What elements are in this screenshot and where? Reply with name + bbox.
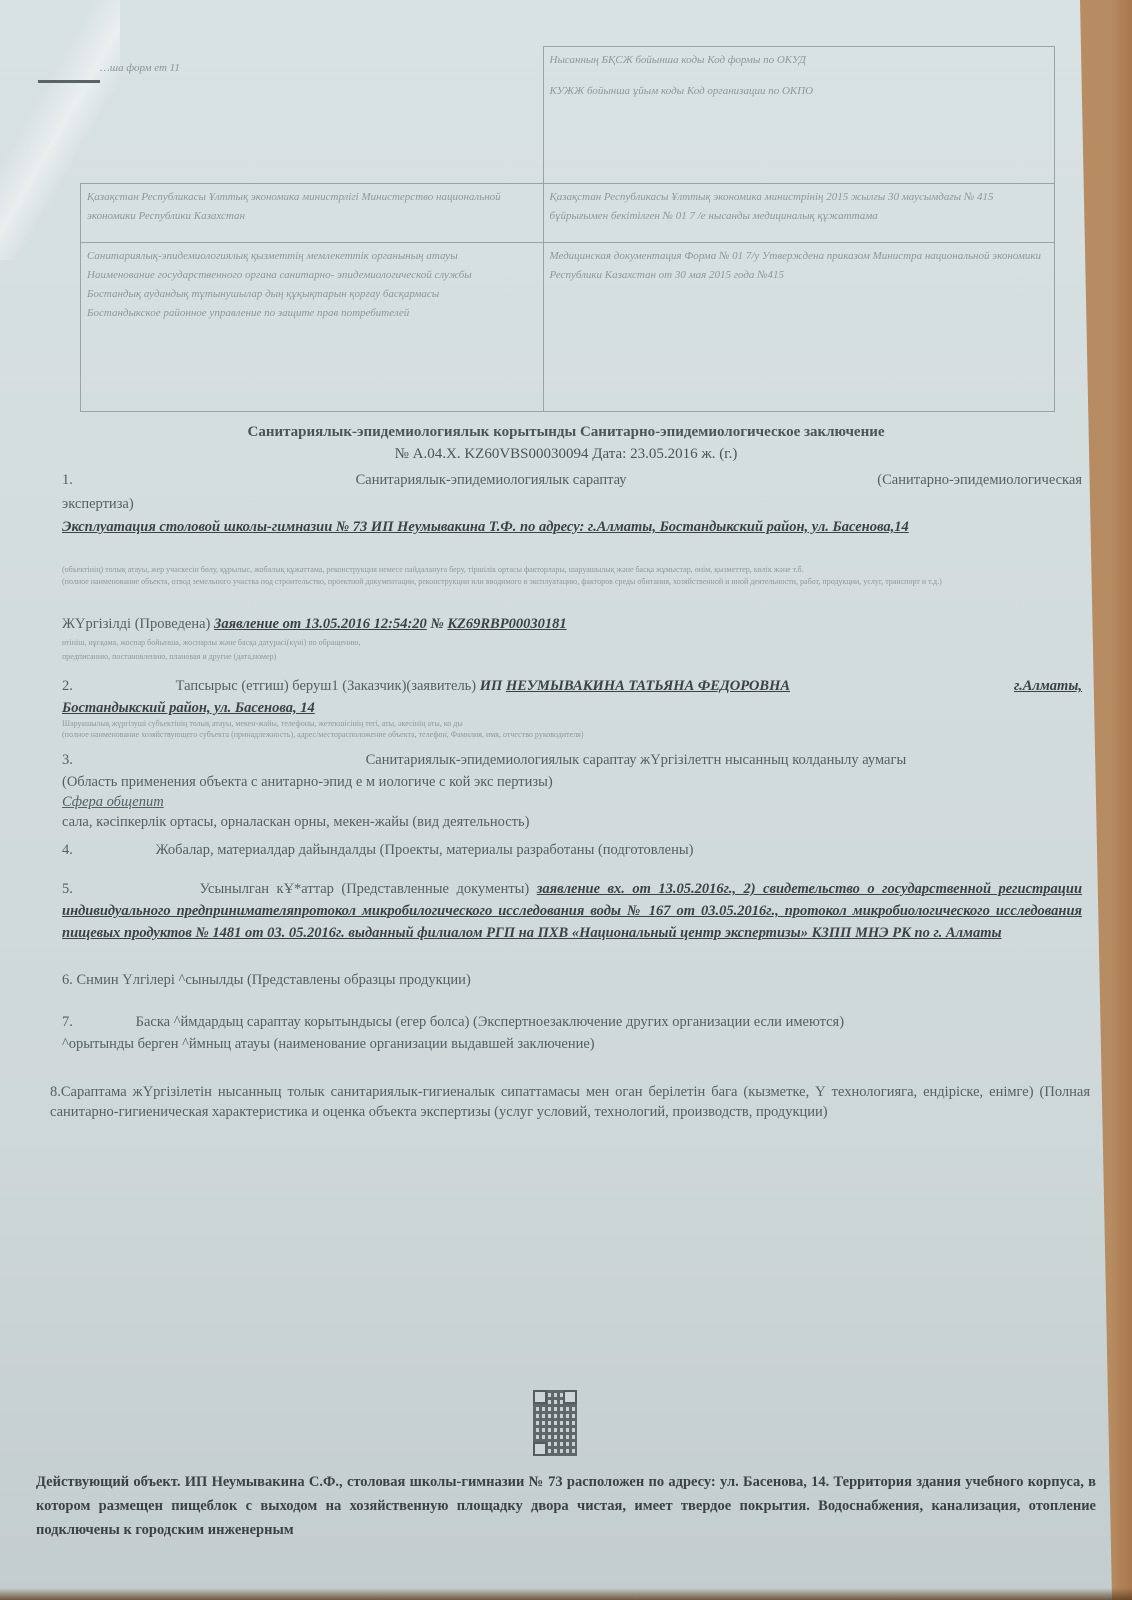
item-3-hint: сала, кәсіпкерлік ортасы, орналаскан орн… [62, 812, 529, 832]
item-6: 6. Снмин Үлгілері ^сынылды (Представлены… [62, 970, 471, 990]
item-4: 4. Жобалар, материалдар дайындалды (Прое… [62, 840, 693, 860]
item-number: 7. [62, 1012, 92, 1032]
item-7: 7. Баска ^ймдардыц сараптау корытындысы … [62, 1012, 1082, 1032]
page-edge-shadow [0, 1588, 1132, 1600]
item-3-label: Санитариялык-эпидемиологиялык сараптау ж… [366, 752, 907, 768]
authority-line: Бостандыкское районное управление по защ… [87, 304, 537, 323]
item-1-hint-kz: (объектінің) толық атауы, жер учаскесін … [62, 564, 1082, 575]
ministry-cell: Қазақстан Республикасы Ұлттық экономика … [81, 184, 544, 243]
item-5-label: Усынылган кҰ*аттар (Представленные докум… [199, 881, 529, 897]
application-date: Заявление от 13.05.2016 12:54:20 [214, 616, 427, 632]
item-7-label: Баска ^ймдардыц сараптау корытындысы (ег… [136, 1014, 844, 1030]
item-1-label: Санитариялык-эпидемиологиялык сараптау [356, 472, 627, 488]
item-4-label: Жобалар, материалдар дайындалды (Проекты… [156, 842, 694, 858]
okpo-code-label: КУЖЖ бойынша ұйым коды Код организации п… [550, 82, 1049, 101]
customer-address: Бостандыкский район, ул. Басенова, 14 [62, 698, 315, 718]
authority-line: Наименование государственного органа сан… [87, 266, 537, 285]
item-number: 3. [62, 750, 92, 770]
item-number: 5. [62, 878, 92, 900]
conducted-label: ЖҮргізілді (Проведена) [62, 616, 210, 632]
item-1-header: 1. Санитариялык-эпидемиологиялык сарапта… [62, 470, 1082, 490]
item-1-hint-ru: (полное наименование объекта, отвод земе… [62, 576, 1082, 587]
item-8: 8.Сараптама жҮргізілетін нысанныц толык … [50, 1082, 1090, 1122]
conducted-hint-ru: предписанию, постановлению, плановая и д… [62, 651, 276, 662]
customer-name: НЕУМЫВАКИНА ТАТЬЯНА ФЕДОРОВНА [506, 678, 790, 694]
authority-cell: Санитариялық-эпидемиологиялық қызметтің … [81, 243, 544, 412]
document-page: …ша форм ет 11 Нысанның БҚСЖ бойынша код… [0, 0, 1112, 1600]
item-2-label: Тапсырыс (етгиш) беруш1 (Заказчик)(заяви… [176, 678, 477, 694]
document-title: Санитариялык-эпидемиологиялык корытынды … [0, 424, 1132, 441]
item-5: 5. Усынылган кҰ*аттар (Представленные до… [62, 878, 1082, 944]
item-1-label-cont: экспертиза) [62, 494, 134, 514]
item-2-header: 2. Тапсырыс (етгиш) беруш1 (Заказчик)(за… [62, 676, 1082, 696]
order-reference-cell: Қазақстан Республикасы Ұлттық экономика … [543, 184, 1055, 243]
object-description: Действующий объект. ИП Неумывакина С.Ф.,… [36, 1470, 1096, 1542]
item-number: 4. [62, 840, 92, 860]
item-number: 2. [62, 676, 92, 696]
item-1-label-ru: (Санитарно-эпидемиологическая [877, 470, 1082, 490]
item-number: 1. [62, 470, 92, 490]
authority-line: Санитариялық-эпидемиологиялық қызметтің … [87, 247, 537, 266]
qr-finder [533, 1442, 547, 1456]
conducted-line: ЖҮргізілді (Проведена) Заявление от 13.0… [62, 614, 567, 634]
okud-code-label: Нысанның БҚСЖ бойынша коды Код формы по … [550, 51, 1049, 70]
item-7-label-cont: ^орытынды берген ^ймныц атауы (наименова… [62, 1034, 595, 1054]
item-3-label-ru: (Область применения объекта с анитарно-э… [62, 772, 553, 792]
header-table: Нысанның БҚСЖ бойынша коды Код формы по … [80, 46, 1055, 412]
document-number: № А.04.Х. KZ60VBS00030094 Дата: 23.05.20… [0, 446, 1132, 463]
qr-finder [533, 1390, 547, 1404]
item-3-header: 3. Санитариялык-эпидемиологиялык сарапта… [62, 750, 1082, 770]
form-codes-cell: Нысанның БҚСЖ бойынша коды Код формы по … [543, 47, 1055, 184]
conducted-hint-kz: өтініш, нұсқама, жоспар бойынша, жоспарл… [62, 637, 361, 648]
item-3-value: Сфера общепит [62, 792, 164, 812]
number-sign: № [430, 616, 443, 632]
item-2-hint-kz: Шаруашылық жүргізуші субъектінің толық а… [62, 718, 463, 729]
authority-line: Бостандық аудандық тұтынушылар дың құқық… [87, 285, 537, 304]
item-2-hint-ru: (полное наименование хозяйствующего субъ… [62, 729, 584, 740]
header-empty-cell [81, 47, 544, 184]
entity-type: ИП [480, 678, 503, 694]
item-1-value: Эксплуатация столовой школы-гимназии № 7… [62, 516, 1082, 539]
qr-code [533, 1390, 577, 1456]
registration-number: KZ69RBP00030181 [447, 616, 566, 632]
customer-city: г.Алматы, [1014, 676, 1082, 696]
medical-doc-cell: Медицинская документация Форма № 01 7/у … [543, 243, 1055, 412]
qr-finder [563, 1390, 577, 1404]
